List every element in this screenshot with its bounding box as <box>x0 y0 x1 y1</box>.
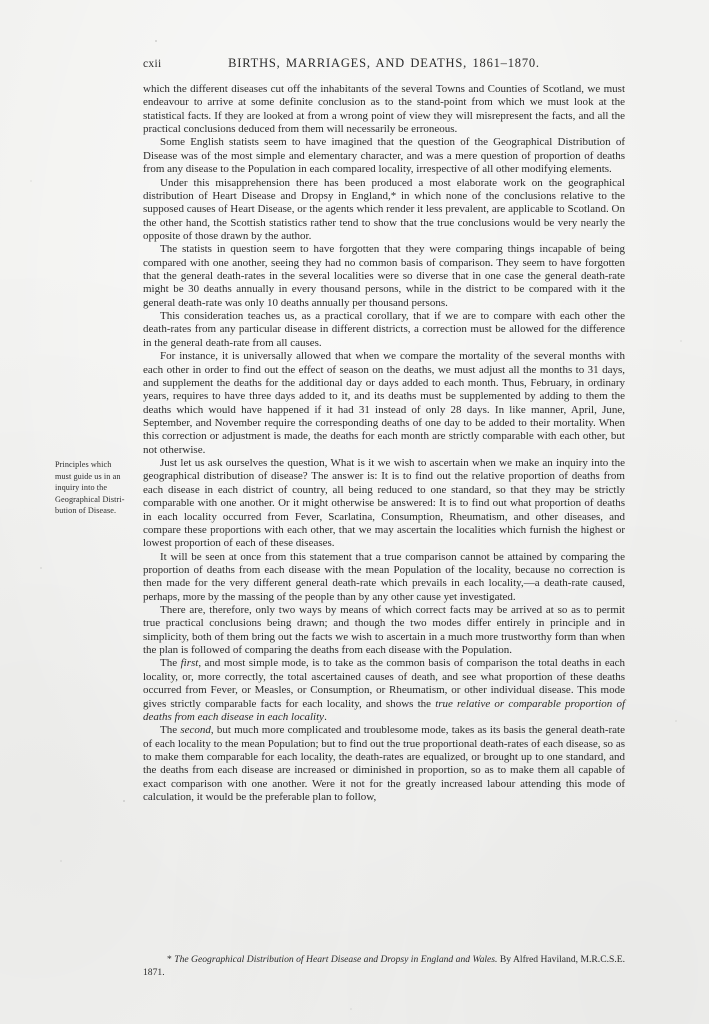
paragraph: The second, but much more complicated an… <box>143 724 625 804</box>
paragraph: It will be seen at once from this statem… <box>143 551 625 604</box>
text-segment: Some English statists seem to have imagi… <box>143 136 625 175</box>
margin-note: Principles whichmust guide us in aninqui… <box>55 459 139 517</box>
italic-text-segment: The Geographical Distribution of Heart D… <box>174 954 497 965</box>
text-segment: , but much more complicated and troubles… <box>143 724 625 803</box>
text-segment: This consideration teaches us, as a prac… <box>143 310 625 349</box>
page-number: cxii <box>143 58 161 70</box>
paragraph: There are, therefore, only two ways by m… <box>143 604 625 657</box>
document-page: cxii BIRTHS, MARRIAGES, AND DEATHS, 1861… <box>0 0 709 1024</box>
running-head: cxii BIRTHS, MARRIAGES, AND DEATHS, 1861… <box>143 56 625 72</box>
text-segment: The <box>160 657 181 669</box>
running-title: BIRTHS, MARRIAGES, AND DEATHS, 1861–1870… <box>143 56 625 71</box>
paragraph: The first, and most simple mode, is to t… <box>143 657 625 724</box>
text-segment: Just let us ask ourselves the question, … <box>143 457 625 549</box>
text-segment: There are, therefore, only two ways by m… <box>143 604 625 656</box>
footnote: * The Geographical Distribution of Heart… <box>143 953 625 979</box>
italic-text-segment: first <box>181 657 199 669</box>
paragraph: which the different diseases cut off the… <box>143 83 625 136</box>
italic-text-segment: second <box>180 724 211 736</box>
body-text: which the different diseases cut off the… <box>143 83 625 804</box>
paragraph: The statists in question seem to have fo… <box>143 243 625 310</box>
text-segment: which the different diseases cut off the… <box>143 83 625 135</box>
text-segment: The statists in question seem to have fo… <box>143 243 625 308</box>
paragraph: Just let us ask ourselves the question, … <box>143 457 625 551</box>
paragraph: Some English statists seem to have imagi… <box>143 136 625 176</box>
text-segment: . <box>324 711 327 723</box>
paragraph: Under this misapprehension there has bee… <box>143 177 625 244</box>
text-segment: It will be seen at once from this statem… <box>143 551 625 603</box>
paragraph: For instance, it is universally allowed … <box>143 350 625 457</box>
paragraph: This consideration teaches us, as a prac… <box>143 310 625 350</box>
scan-speckle <box>155 40 157 42</box>
text-segment: For instance, it is universally allowed … <box>143 350 625 456</box>
text-segment: Under this misapprehension there has bee… <box>143 177 625 242</box>
text-segment: The <box>160 724 180 736</box>
